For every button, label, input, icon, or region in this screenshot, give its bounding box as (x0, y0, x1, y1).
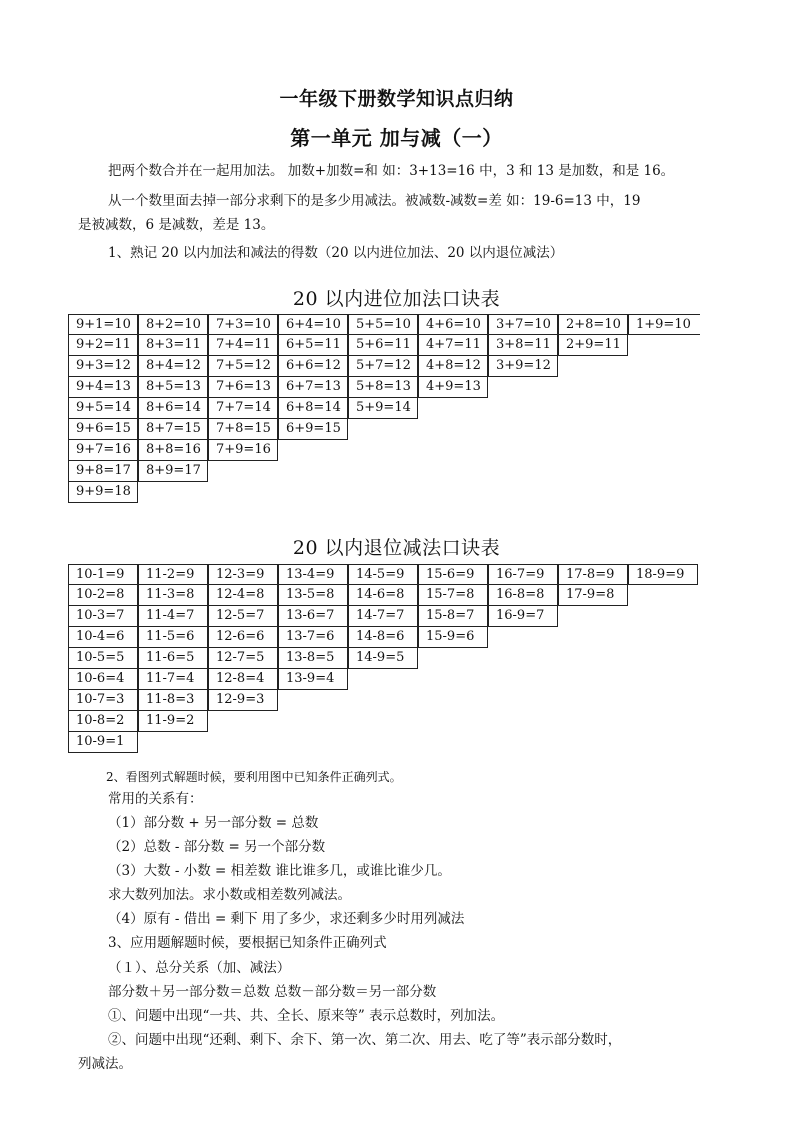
table-cell: 10-4=6 (68, 627, 138, 648)
intro-subtraction-cont: 是被减数，6 是减数，差是 13。 (78, 217, 274, 233)
relation-3: （3）大数 - 小数 = 相差数 谁比谁多几，或谁比谁少几。 (108, 863, 451, 879)
table-cell: 4+8=12 (418, 356, 488, 377)
table-cell: 3+8=11 (488, 335, 558, 356)
table-cell: 5+7=12 (348, 356, 418, 377)
table-cell: 10-6=4 (68, 669, 138, 690)
table-cell: 13-4=9 (278, 564, 348, 585)
table-cell: 11-2=9 (138, 564, 208, 585)
table-cell: 7+5=12 (208, 356, 278, 377)
table-cell: 15-6=9 (418, 564, 488, 585)
table-cell: 7+8=15 (208, 419, 278, 440)
relation-1: （1）部分数 + 另一部分数 = 总数 (108, 815, 318, 831)
table-cell: 14-9=5 (348, 648, 418, 669)
rule-subtraction-cont: 列减法。 (78, 1056, 132, 1072)
table-cell: 12-5=7 (208, 606, 278, 627)
table-cell: 11-5=6 (138, 627, 208, 648)
table-cell: 9+7=16 (68, 440, 138, 461)
table-cell: 10-5=5 (68, 648, 138, 669)
table-cell: 8+5=13 (138, 377, 208, 398)
intro-addition: 把两个数合并在一起用加法。 加数+加数=和 如：3+13=16 中，3 和 13… (108, 163, 674, 179)
table-cell: 2+8=10 (558, 314, 628, 335)
table-cell: 14-6=8 (348, 585, 418, 606)
table-cell: 5+6=11 (348, 335, 418, 356)
table-cell: 9+1=10 (68, 314, 138, 335)
table-cell: 12-9=3 (208, 690, 278, 711)
table-cell: 4+9=13 (418, 377, 488, 398)
table-cell: 2+9=11 (558, 335, 628, 356)
table-cell: 11-7=4 (138, 669, 208, 690)
table-cell: 8+6=14 (138, 398, 208, 419)
table-cell: 6+8=14 (278, 398, 348, 419)
table-cell: 17-9=8 (558, 585, 628, 606)
table-cell: 9+3=12 (68, 356, 138, 377)
table-cell: 8+7=15 (138, 419, 208, 440)
table-cell: 6+7=13 (278, 377, 348, 398)
table-cell: 9+9=18 (68, 482, 138, 503)
table-cell: 11-6=5 (138, 648, 208, 669)
total-part-relation: （１）、总分关系（加、减法） (108, 960, 290, 976)
point-3-heading: 3、应用题解题时候，要根据已知条件正确列式 (108, 935, 387, 951)
table-cell: 11-9=2 (138, 711, 208, 732)
table-cell: 5+5=10 (348, 314, 418, 335)
table-cell: 9+2=11 (68, 335, 138, 356)
total-part-formulas: 部分数＋另一部分数＝总数 总数－部分数＝另一部分数 (108, 984, 436, 1000)
table-cell: 14-8=6 (348, 627, 418, 648)
table-cell: 7+7=14 (208, 398, 278, 419)
relation-2: （2）总数 - 部分数 = 另一个部分数 (108, 839, 325, 855)
table-cell: 15-7=8 (418, 585, 488, 606)
table-cell: 15-9=6 (418, 627, 488, 648)
table-cell: 10-9=1 (68, 732, 138, 753)
table-cell: 13-6=7 (278, 606, 348, 627)
table-cell: 10-7=3 (68, 690, 138, 711)
table-cell: 13-8=5 (278, 648, 348, 669)
rule-addition: ①、问题中出现“一共、共、全长、原来等” 表示总数时，列加法。 (108, 1008, 504, 1024)
table-cell: 5+9=14 (348, 398, 418, 419)
table-cell: 6+5=11 (278, 335, 348, 356)
table-cell: 1+9=10 (628, 314, 700, 335)
relation-3-note: 求大数列加法。求小数或相差数列减法。 (108, 887, 351, 903)
addition-table-title: 20 以内进位加法口诀表 (0, 284, 793, 311)
table-cell: 8+9=17 (138, 461, 208, 482)
document-title: 一年级下册数学知识点归纳 (0, 84, 793, 111)
table-cell: 9+8=17 (68, 461, 138, 482)
table-cell: 8+8=16 (138, 440, 208, 461)
table-cell: 11-4=7 (138, 606, 208, 627)
point-2-heading: 2、看图列式解题时候，要利用图中已知条件正确列式。 (106, 768, 402, 785)
table-cell: 7+9=16 (208, 440, 278, 461)
table-cell: 9+6=15 (68, 419, 138, 440)
table-cell: 14-5=9 (348, 564, 418, 585)
table-cell: 12-4=8 (208, 585, 278, 606)
table-cell: 7+3=10 (208, 314, 278, 335)
table-cell: 12-8=4 (208, 669, 278, 690)
table-cell: 5+8=13 (348, 377, 418, 398)
table-cell: 10-2=8 (68, 585, 138, 606)
table-cell: 9+5=14 (68, 398, 138, 419)
table-cell: 16-9=7 (488, 606, 558, 627)
table-cell: 13-7=6 (278, 627, 348, 648)
table-cell: 9+4=13 (68, 377, 138, 398)
intro-subtraction: 从一个数里面去掉一部分求剩下的是多少用减法。被减数-减数=差 如：19-6=13… (108, 193, 640, 209)
table-cell: 8+3=11 (138, 335, 208, 356)
table-cell: 16-8=8 (488, 585, 558, 606)
table-cell: 10-3=7 (68, 606, 138, 627)
table-cell: 11-8=3 (138, 690, 208, 711)
table-cell: 7+4=11 (208, 335, 278, 356)
table-cell: 14-7=7 (348, 606, 418, 627)
rule-subtraction: ②、问题中出现“还剩、剩下、余下、第一次、第二次、用去、吃了等”表示部分数时， (108, 1032, 621, 1048)
table-cell: 15-8=7 (418, 606, 488, 627)
table-cell: 16-7=9 (488, 564, 558, 585)
unit-title: 第一单元 加与减（一） (0, 122, 793, 151)
point-1: 1、熟记 20 以内加法和减法的得数（20 以内进位加法、20 以内退位减法） (108, 245, 563, 261)
table-cell: 13-5=8 (278, 585, 348, 606)
table-cell: 18-9=9 (628, 564, 698, 585)
relation-intro: 常用的关系有： (108, 791, 203, 807)
table-cell: 8+4=12 (138, 356, 208, 377)
table-cell: 10-1=9 (68, 564, 138, 585)
table-cell: 7+6=13 (208, 377, 278, 398)
table-cell: 12-7=5 (208, 648, 278, 669)
relation-4: （4）原有 - 借出 = 剩下 用了多少，求还剩多少时用列减法 (108, 911, 464, 927)
table-cell: 6+6=12 (278, 356, 348, 377)
table-cell: 3+9=12 (488, 356, 558, 377)
table-cell: 6+9=15 (278, 419, 348, 440)
table-cell: 4+6=10 (418, 314, 488, 335)
table-cell: 3+7=10 (488, 314, 558, 335)
table-cell: 12-3=9 (208, 564, 278, 585)
table-cell: 8+2=10 (138, 314, 208, 335)
subtraction-table-title: 20 以内退位减法口诀表 (0, 533, 793, 560)
table-cell: 13-9=4 (278, 669, 348, 690)
table-cell: 4+7=11 (418, 335, 488, 356)
table-cell: 10-8=2 (68, 711, 138, 732)
table-cell: 12-6=6 (208, 627, 278, 648)
table-cell: 17-8=9 (558, 564, 628, 585)
table-cell: 11-3=8 (138, 585, 208, 606)
table-cell: 6+4=10 (278, 314, 348, 335)
